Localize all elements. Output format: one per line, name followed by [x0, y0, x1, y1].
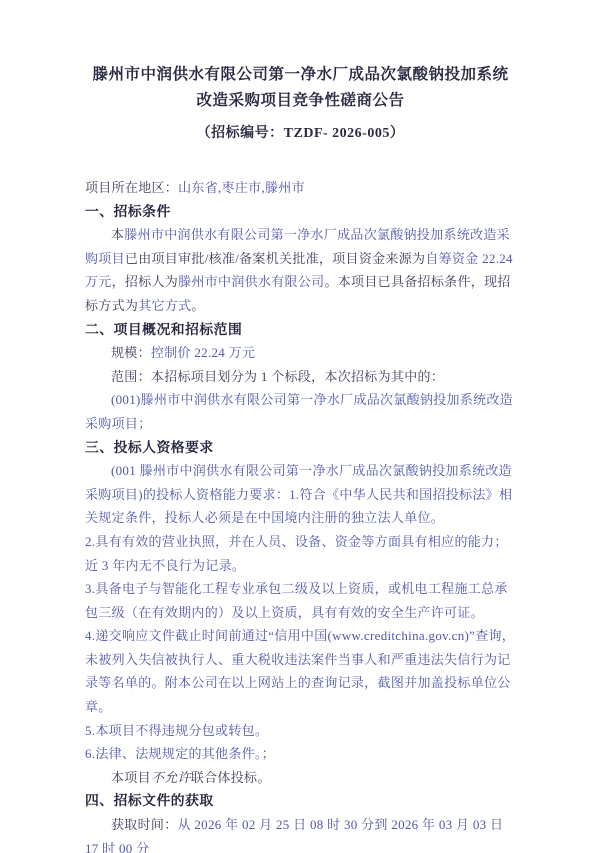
qualification-text: 4.递交响应文件截止时间前通过“信用中国(www.creditchina.gov…	[85, 628, 515, 714]
not-allowed-emphasis-run: 不允许	[151, 770, 191, 785]
qualification-paragraph-2: 2.具有有效的营业执照，并在人员、设备、资金等方面具有相应的能力；近 3 年内无…	[85, 530, 516, 577]
qualification-paragraph-5: 5.本项目不得违规分包或转包。	[85, 719, 516, 743]
scope-label: 范围：	[111, 369, 151, 384]
qualification-text: 6.法律、法规规定的其他条件。；	[85, 746, 275, 761]
qualification-text: 5.本项目不得违规分包或转包。	[85, 723, 268, 738]
qualification-text: (001 滕州市中润供水有限公司第一净水厂成品次氯酸钠投加系统改造采购项目)的投…	[85, 463, 512, 525]
qualification-text: 2.具有有效的营业执照，并在人员、设备、资金等方面具有相应的能力；近 3 年内无…	[85, 534, 508, 573]
section-3-heading: 三、投标人资格要求	[85, 436, 516, 460]
project-location-label: 项目所在地区：	[85, 180, 178, 195]
lot-001-line: (001)滕州市中润供水有限公司第一净水厂成品次氯酸钠投加系统改造采购项目；	[85, 388, 516, 435]
lot-001-value: (001)滕州市中润供水有限公司第一净水厂成品次氯酸钠投加系统改造采购项目；	[85, 392, 513, 431]
consortium-bid-line: 本项目不允许联合体投标。	[85, 766, 516, 790]
tender-number: （招标编号：TZDF- 2026-005）	[85, 121, 516, 146]
scope-value: 本招标项目划分为 1 个标段，本次招标为其中的：	[151, 369, 444, 384]
section-2-heading: 二、项目概况和招标范围	[85, 318, 516, 342]
document-title: 滕州市中润供水有限公司第一净水厂成品次氯酸钠投加系统改造采购项目竞争性磋商公告	[85, 62, 516, 114]
section-4-heading: 四、招标文件的获取	[85, 789, 516, 813]
section-1-heading: 一、招标条件	[85, 200, 516, 224]
qualification-paragraph-3: 3.具备电子与智能化工程专业承包二级及以上资质，或机电工程施工总承包三级（在有效…	[85, 577, 516, 624]
qualification-paragraph-1: (001 滕州市中润供水有限公司第一净水厂成品次氯酸钠投加系统改造采购项目)的投…	[85, 459, 516, 530]
tender-method-run: 其它方式	[138, 298, 191, 313]
tenderer-name-run: 滕州市中润供水有限公司	[178, 274, 324, 289]
text-run: 。	[191, 298, 204, 313]
scale-label: 规模：	[111, 345, 151, 360]
document-obtain-time-line: 获取时间：从 2026 年 02 月 25 日 08 时 30 分到 2026 …	[85, 813, 516, 853]
text-run: 本	[111, 227, 124, 242]
project-scope-line: 范围：本招标项目划分为 1 个标段，本次招标为其中的：	[85, 365, 516, 389]
text-run: 联合体投标。	[191, 770, 271, 785]
project-location-line: 项目所在地区：山东省,枣庄市,滕州市	[85, 176, 516, 200]
text-run: ，招标人为	[112, 274, 179, 289]
text-run: 已由项目审批/核准/备案机关批准，项目资金来源为	[125, 251, 425, 266]
qualification-paragraph-6: 6.法律、法规规定的其他条件。；	[85, 742, 516, 766]
document-body: 项目所在地区：山东省,枣庄市,滕州市 一、招标条件 本滕州市中润供水有限公司第一…	[85, 176, 516, 853]
scale-value: 控制价 22.24 万元	[151, 345, 255, 360]
qualification-paragraph-4: 4.递交响应文件截止时间前通过“信用中国(www.creditchina.gov…	[85, 624, 516, 718]
section-1-paragraph: 本滕州市中润供水有限公司第一净水厂成品次氯酸钠投加系统改造采购项目已由项目审批/…	[85, 223, 516, 317]
qualification-text: 3.具备电子与智能化工程专业承包二级及以上资质，或机电工程施工总承包三级（在有效…	[85, 581, 508, 620]
project-scale-line: 规模：控制价 22.24 万元	[85, 341, 516, 365]
text-run: 本项目	[111, 770, 151, 785]
tender-announcement-document: 滕州市中润供水有限公司第一净水厂成品次氯酸钠投加系统改造采购项目竞争性磋商公告 …	[0, 0, 600, 853]
project-location-value: 山东省,枣庄市,滕州市	[178, 180, 305, 195]
obtain-time-label: 获取时间：	[111, 817, 178, 832]
